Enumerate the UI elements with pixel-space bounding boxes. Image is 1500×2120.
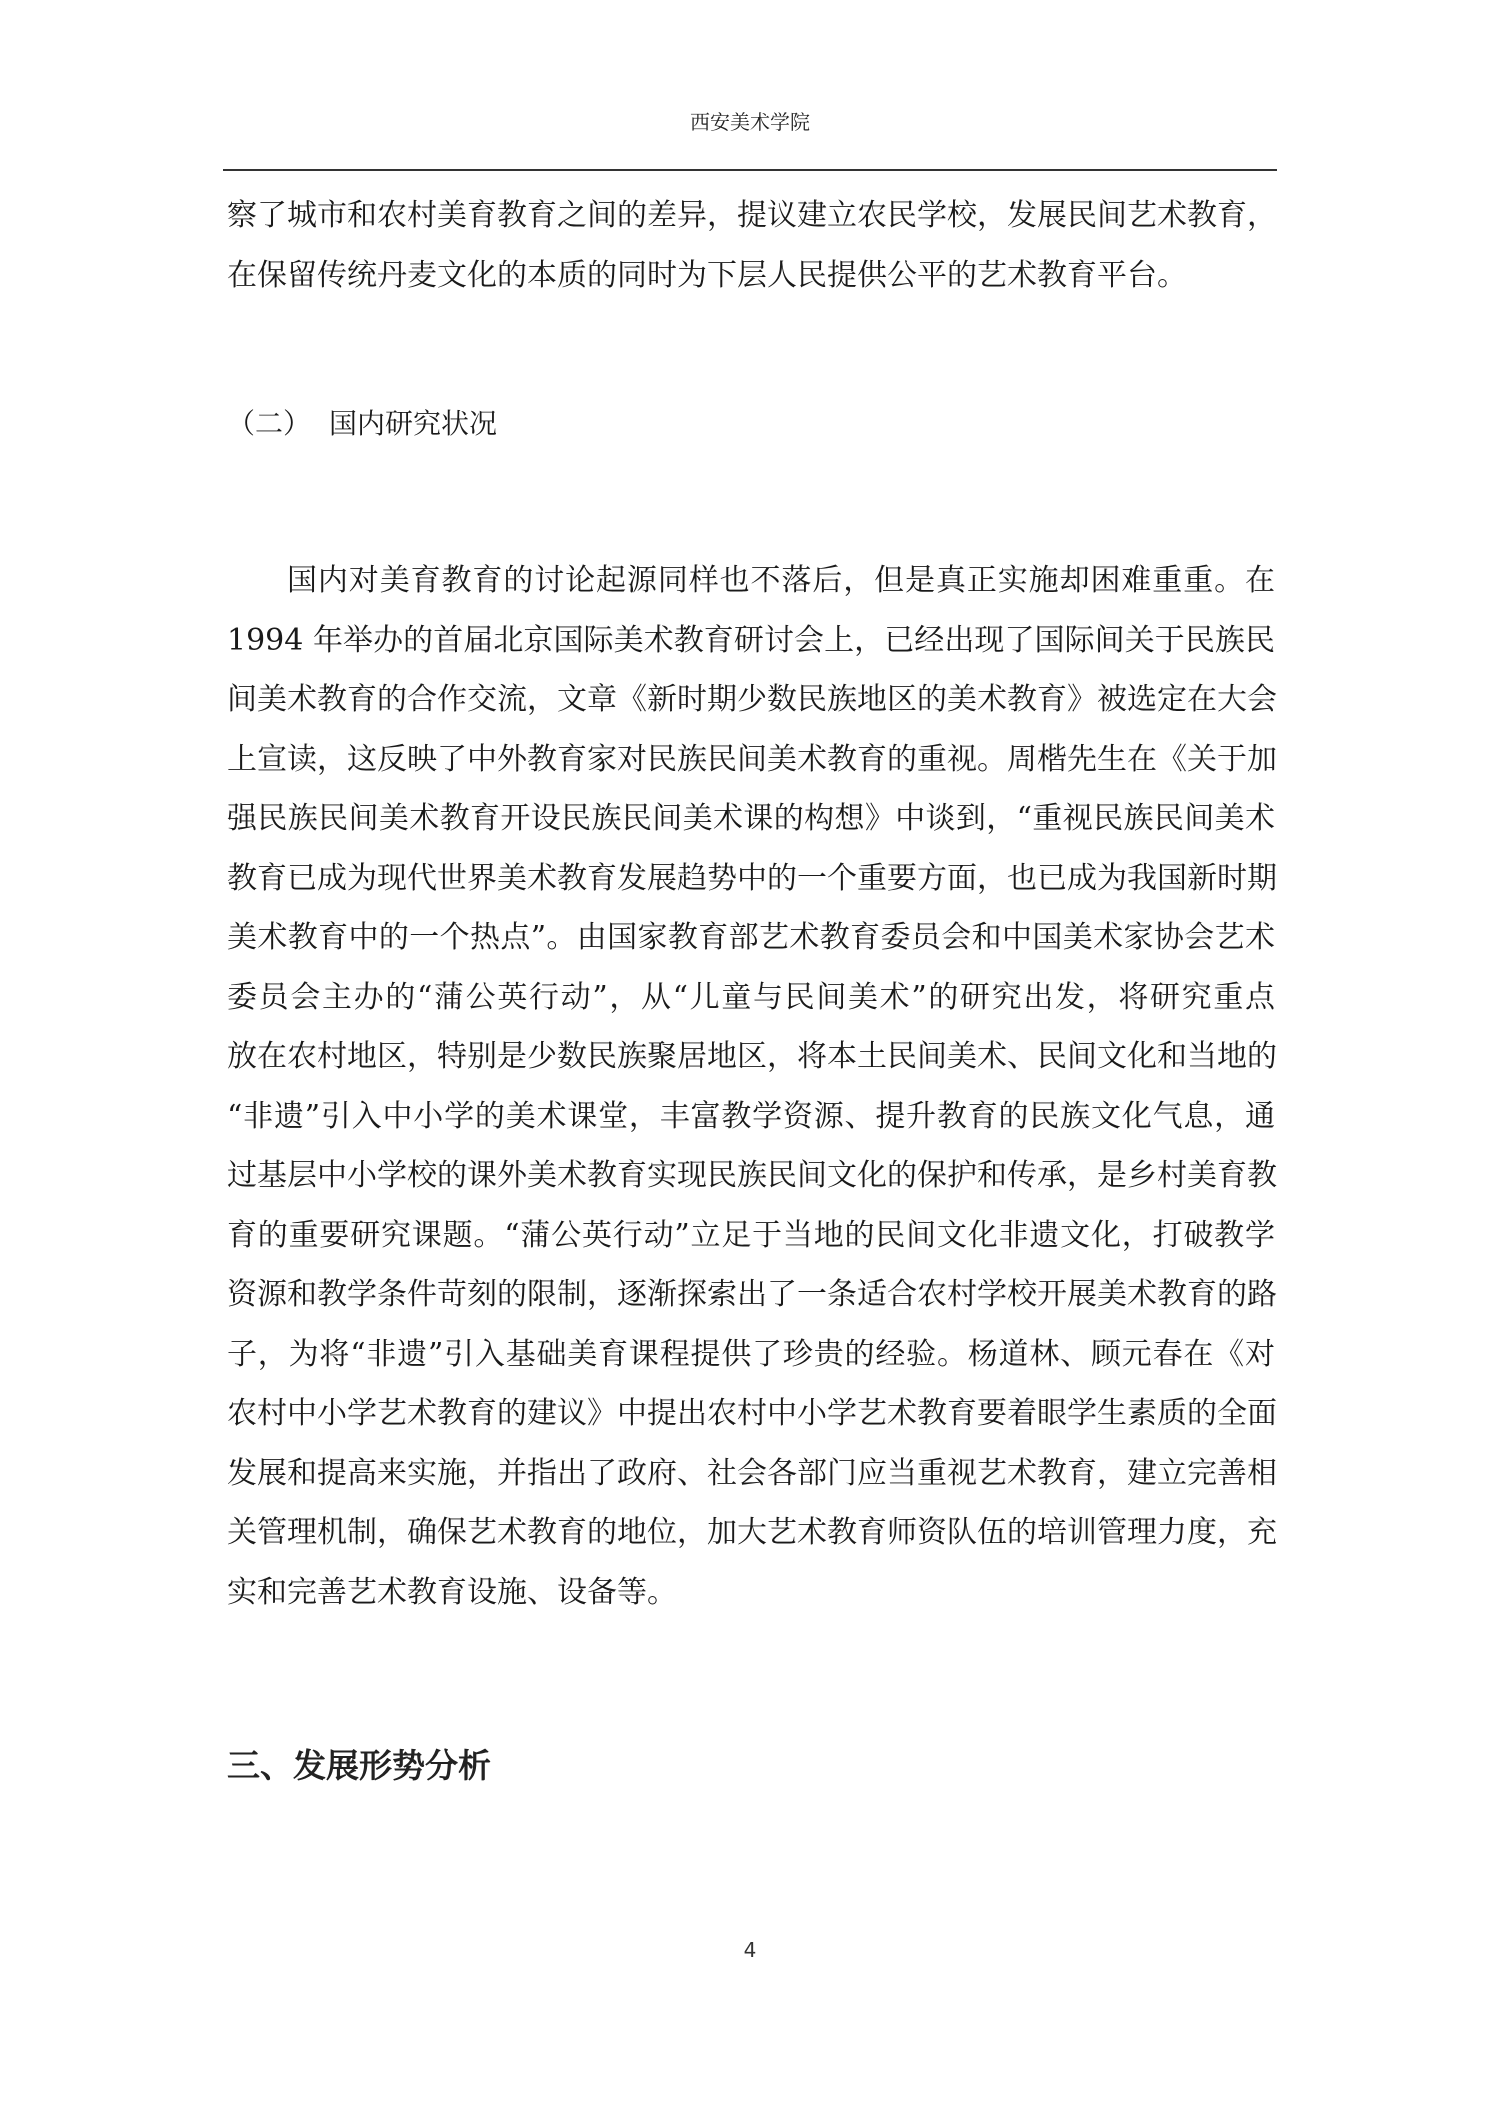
running-header: 西安美术学院: [0, 106, 1500, 135]
continuation-paragraph: 察了城市和农村美育教育之间的差异，提议建立农民学校，发展民间艺术教育， 在保留传…: [227, 186, 1275, 305]
text-line: 放在农村地区，特别是少数民族聚居地区，将本土民间美术、民间文化和当地的: [227, 1027, 1275, 1087]
text-line: 实和完善艺术教育设施、设备等。: [227, 1563, 1275, 1623]
text-line: 美术教育中的一个热点”。由国家教育部艺术教育委员会和中国美术家协会艺术: [227, 908, 1275, 968]
text-line: 在保留传统丹麦文化的本质的同时为下层人民提供公平的艺术教育平台。: [227, 246, 1275, 306]
text-line: 过基层中小学校的课外美术教育实现民族民间文化的保护和传承，是乡村美育教: [227, 1146, 1275, 1206]
text-line: 察了城市和农村美育教育之间的差异，提议建立农民学校，发展民间艺术教育，: [227, 186, 1275, 246]
page-number: 4: [0, 1938, 1500, 1962]
text-line: 农村中小学艺术教育的建议》中提出农村中小学艺术教育要着眼学生素质的全面: [227, 1384, 1275, 1444]
text-line: 教育已成为现代世界美术教育发展趋势中的一个重要方面，也已成为我国新时期: [227, 849, 1275, 909]
text-line: 资源和教学条件苛刻的限制，逐渐探索出了一条适合农村学校开展美术教育的路: [227, 1265, 1275, 1325]
text-line: 间美术教育的合作交流，文章《新时期少数民族地区的美术教育》被选定在大会: [227, 670, 1275, 730]
body-paragraph: 国内对美育教育的讨论起源同样也不落后，但是真正实施却困难重重。在 1994 年举…: [227, 551, 1275, 1622]
text-line: 子，为将“非遗”引入基础美育课程提供了珍贵的经验。杨道林、顾元春在《对: [227, 1325, 1275, 1385]
text-line: 关管理机制，确保艺术教育的地位，加大艺术教育师资队伍的培训管理力度，充: [227, 1503, 1275, 1563]
text-line: 发展和提高来实施，并指出了政府、社会各部门应当重视艺术教育，建立完善相: [227, 1444, 1275, 1504]
text-line: “非遗”引入中小学的美术课堂，丰富教学资源、提升教育的民族文化气息，通: [227, 1087, 1275, 1147]
text-line: 国内对美育教育的讨论起源同样也不落后，但是真正实施却困难重重。在: [227, 551, 1275, 611]
section-heading: 三、发展形势分析: [227, 1740, 491, 1787]
text-line: 强民族民间美术教育开设民族民间美术课的构想》中谈到，“重视民族民间美术: [227, 789, 1275, 849]
subsection-title: 国内研究状况: [329, 407, 497, 440]
text-line: 育的重要研究课题。“蒲公英行动”立足于当地的民间文化非遗文化，打破教学: [227, 1206, 1275, 1266]
header-divider: [223, 169, 1277, 171]
text-line: 1994 年举办的首届北京国际美术教育研讨会上，已经出现了国际间关于民族民: [227, 611, 1275, 671]
subsection-heading: （二）国内研究状况: [227, 402, 497, 442]
subsection-number: （二）: [227, 407, 311, 440]
text-line: 委员会主办的“蒲公英行动”，从“儿童与民间美术”的研究出发，将研究重点: [227, 968, 1275, 1028]
text-line: 上宣读，这反映了中外教育家对民族民间美术教育的重视。周楷先生在《关于加: [227, 730, 1275, 790]
